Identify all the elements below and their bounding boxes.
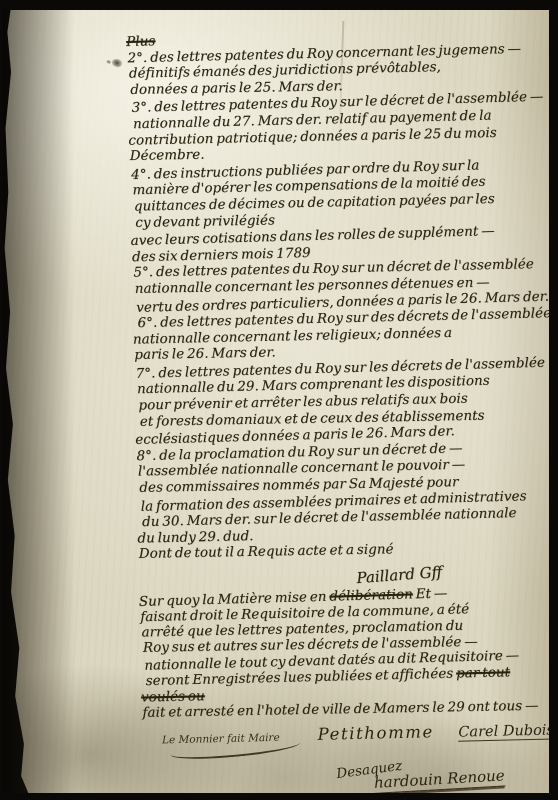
- photo-frame-bottom: [0, 793, 558, 800]
- manuscript-photo: Plus2°. des lettres patentes du Roy conc…: [0, 0, 558, 800]
- clerk-signature-text: Paillard Gff: [356, 563, 443, 587]
- resolution-lines: Sur quoy la Matière mise en délibération…: [141, 584, 558, 722]
- photo-frame-left: [0, 0, 3, 800]
- ink-blot: [111, 57, 123, 68]
- photo-frame-top: [0, 0, 558, 10]
- photo-frame-right: [549, 0, 558, 800]
- text-block: Plus2°. des lettres patentes du Roy conc…: [128, 25, 558, 795]
- petithomme-signature: Petithomme: [317, 722, 434, 744]
- carel-dubois-signature: Carel Dubois: [458, 722, 554, 741]
- body-lines: Plus2°. des lettres patentes du Roy conc…: [128, 25, 556, 565]
